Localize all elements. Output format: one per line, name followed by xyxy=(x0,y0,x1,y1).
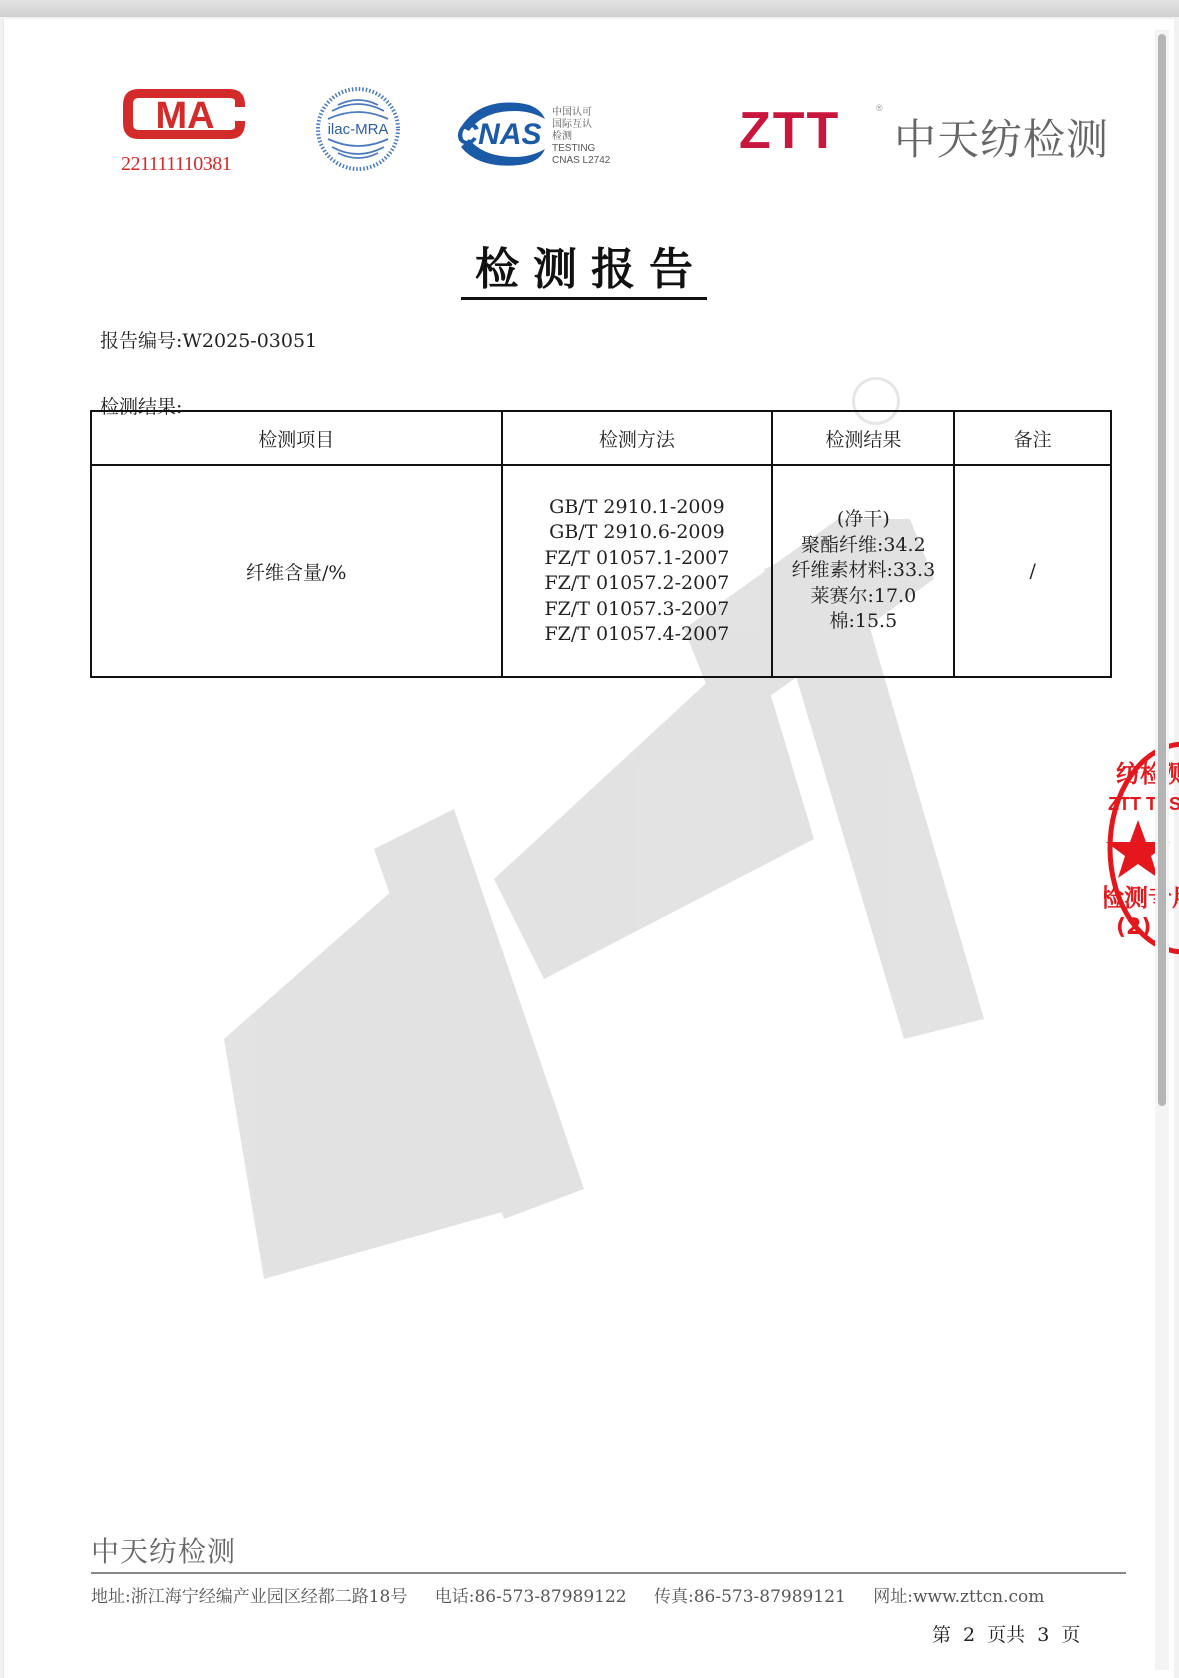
method-line: FZ/T 01057.4-2007 xyxy=(504,622,771,648)
footer-divider xyxy=(91,1572,1126,1574)
cma-number: 221111110381 xyxy=(121,153,231,176)
cell-test-results: (净干) 聚酯纤维:34.2 纤维素材料:33.3 莱赛尔:17.0 棉:15.… xyxy=(772,465,954,677)
header-remark: 备注 xyxy=(954,411,1111,465)
result-line: (净干) xyxy=(774,507,952,533)
cell-remark: / xyxy=(954,465,1111,677)
footer-address: 地址:浙江海宁经编产业园区经都二路18号 xyxy=(91,1587,407,1607)
table-row: 纤维含量/% GB/T 2910.1-2009 GB/T 2910.6-2009… xyxy=(91,465,1111,677)
ztt-brand-name: 中天纺检测 xyxy=(894,107,1109,167)
cell-test-methods: GB/T 2910.1-2009 GB/T 2910.6-2009 FZ/T 0… xyxy=(502,465,773,677)
method-line: FZ/T 01057.2-2007 xyxy=(504,571,771,597)
method-line: GB/T 2910.1-2009 xyxy=(504,495,771,521)
document-title: 检测报告 xyxy=(4,233,1164,297)
viewer-top-bar xyxy=(0,0,1179,17)
svg-text:ilac-MRA: ilac-MRA xyxy=(328,121,389,138)
scrollbar-thumb[interactable] xyxy=(1158,34,1166,1106)
page-indicator: 第 2 页共 3 页 xyxy=(932,1620,1080,1647)
cnas-caption-line: TESTING xyxy=(552,143,610,155)
footer-website: 网址:www.zttcn.com xyxy=(873,1587,1044,1607)
method-line: GB/T 2910.6-2009 xyxy=(504,520,771,546)
result-line: 莱赛尔:17.0 xyxy=(774,584,952,610)
registered-mark-icon: ® xyxy=(876,103,883,113)
report-number-value: W2025-03051 xyxy=(182,330,317,352)
footer-logo: 中天纺检测 xyxy=(91,1530,236,1570)
cnas-caption-line: CNAS L2742 xyxy=(552,155,610,167)
document-page: MA 221111110381 ilac-MRA CNAS 中国认可 国际互认 … xyxy=(3,19,1174,1678)
result-line: 聚酯纤维:34.2 xyxy=(774,533,952,559)
ztt-brand-logo: ZTT xyxy=(739,101,840,161)
cnas-logo-icon: CNAS xyxy=(449,97,549,171)
cma-logo-icon: MA xyxy=(119,85,249,143)
result-line: 棉:15.5 xyxy=(774,609,952,635)
document-title-text: 检测报告 xyxy=(461,244,707,300)
svg-text:纺检测: 纺检测 xyxy=(1116,760,1179,788)
report-number-label: 报告编号: xyxy=(100,330,182,352)
footer-contact: 地址:浙江海宁经编产业园区经都二路18号 电话:86-573-87989122 … xyxy=(91,1582,1066,1607)
cnas-caption-line: 中国认可 xyxy=(552,107,610,119)
cnas-caption: 中国认可 国际互认 检测 TESTING CNAS L2742 xyxy=(552,107,610,167)
footer-phone: 电话:86-573-87989122 xyxy=(435,1587,627,1607)
header-test-result: 检测结果 xyxy=(772,411,954,465)
svg-text:(2): (2) xyxy=(1116,915,1151,940)
result-line: 纤维素材料:33.3 xyxy=(774,558,952,584)
svg-text:CNAS: CNAS xyxy=(456,118,541,151)
results-table: 检测项目 检测方法 检测结果 备注 纤维含量/% GB/T 2910.1-200… xyxy=(90,410,1112,678)
cnas-caption-line: 检测 xyxy=(552,131,610,143)
table-header-row: 检测项目 检测方法 检测结果 备注 xyxy=(91,411,1111,465)
svg-text:MA: MA xyxy=(155,95,214,137)
method-line: FZ/T 01057.3-2007 xyxy=(504,597,771,623)
method-line: FZ/T 01057.1-2007 xyxy=(504,546,771,572)
header-test-item: 检测项目 xyxy=(91,411,502,465)
ilac-mra-logo-icon: ilac-MRA xyxy=(314,85,402,173)
cnas-caption-line: 国际互认 xyxy=(552,119,610,131)
report-number: 报告编号:W2025-03051 xyxy=(100,326,317,353)
footer-fax: 传真:86-573-87989121 xyxy=(654,1587,846,1607)
cell-test-item: 纤维含量/% xyxy=(91,465,502,677)
header-test-method: 检测方法 xyxy=(502,411,773,465)
